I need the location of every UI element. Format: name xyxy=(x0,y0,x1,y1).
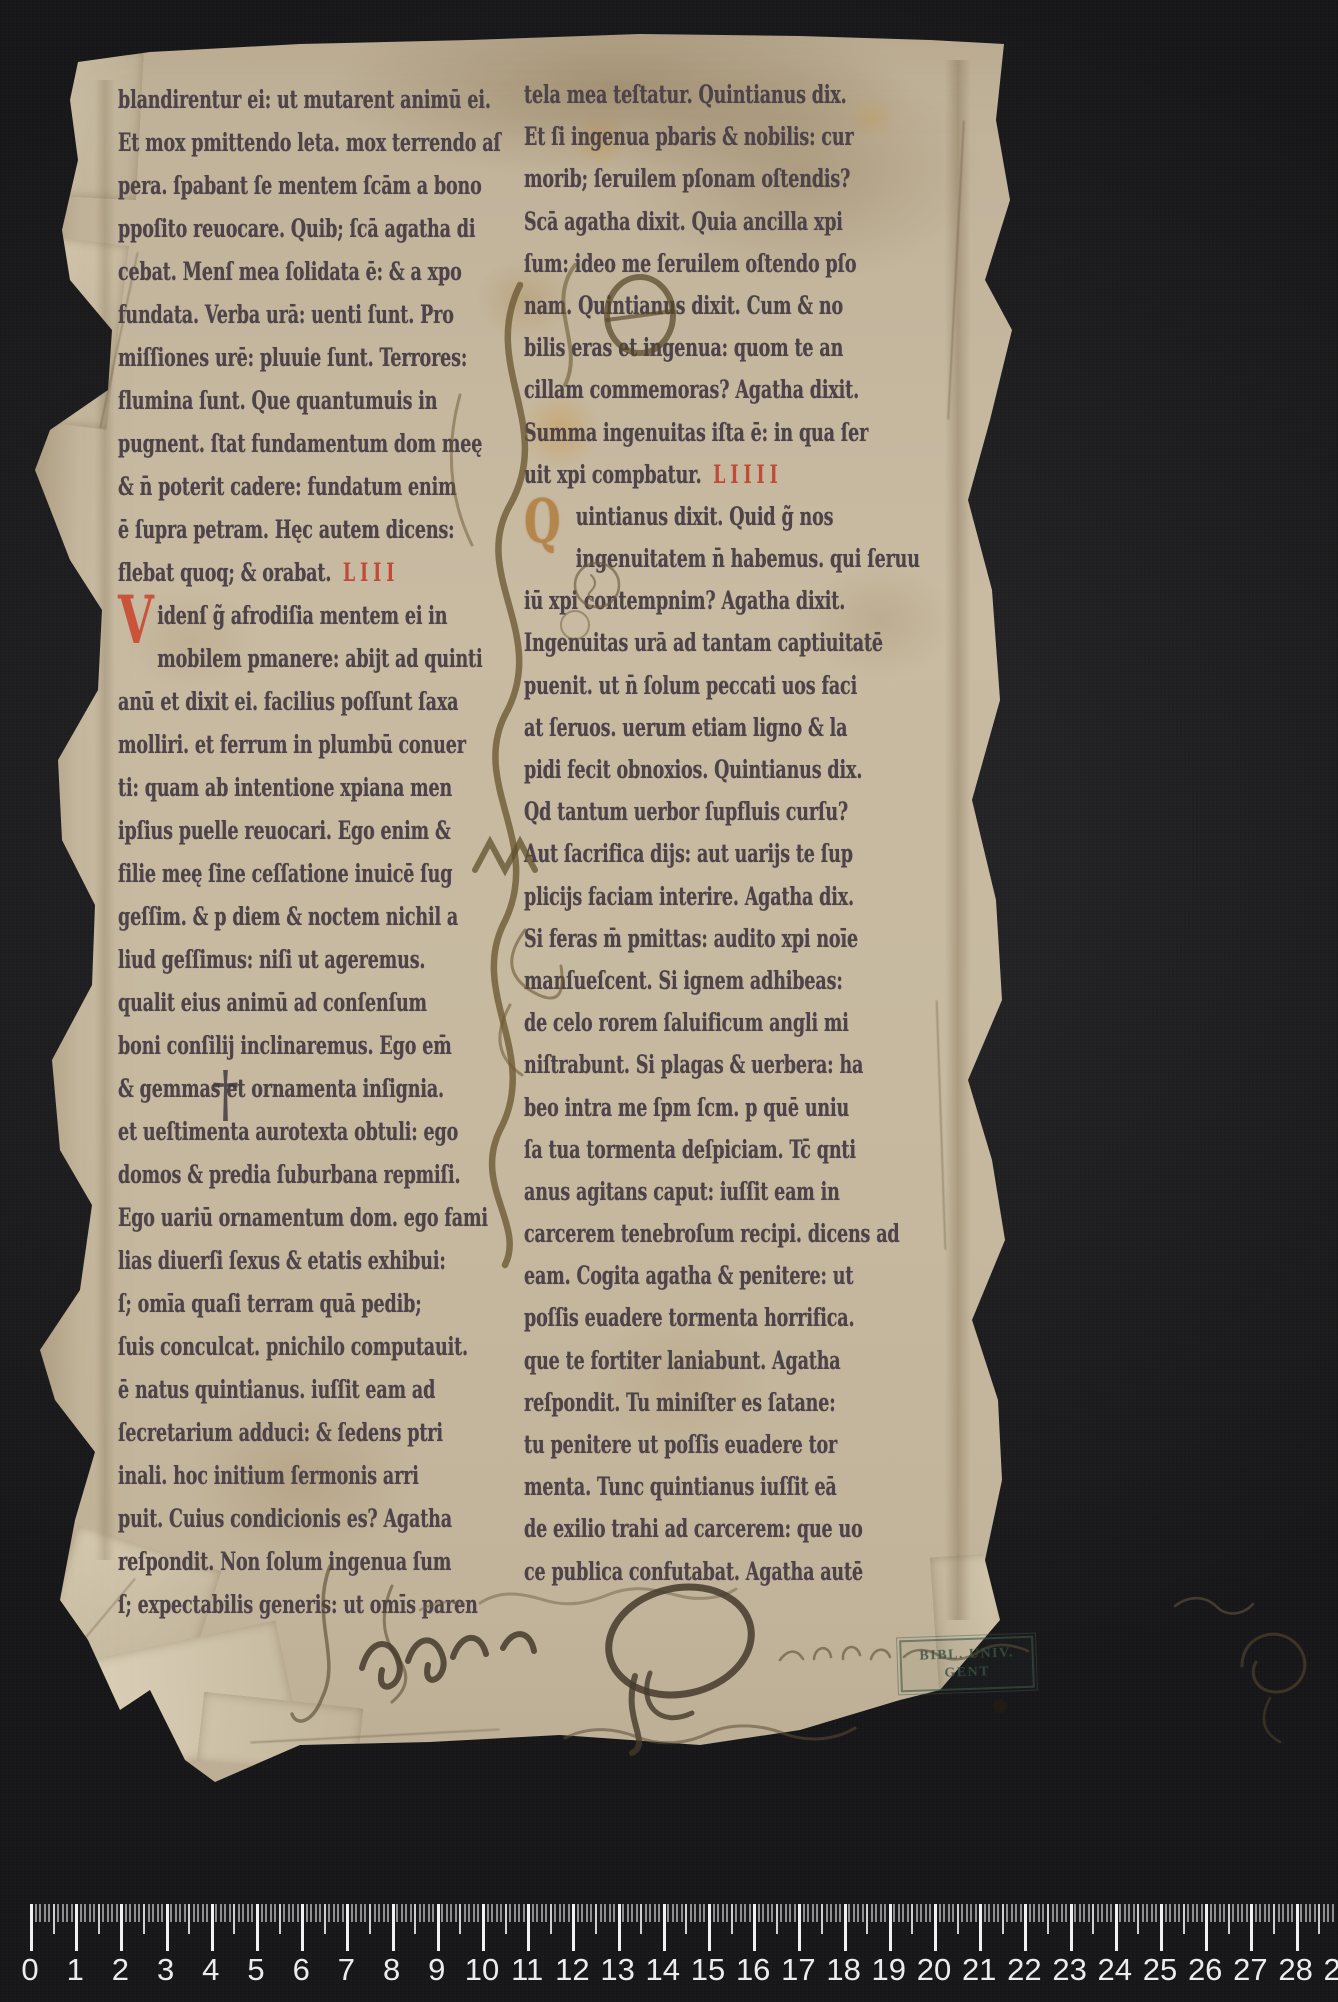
ruler-tick xyxy=(1300,1904,1302,1922)
ruler-tick xyxy=(920,1904,922,1922)
text-segment: de exilio trahi ad carcerem: que uo xyxy=(524,1514,863,1543)
wrinkle-shading xyxy=(945,60,971,1620)
ruler-number: 5 xyxy=(247,1952,264,1988)
ruler-tick xyxy=(261,1904,263,1922)
ruler-tick xyxy=(496,1904,498,1922)
manuscript-line: tela mea teſtatur. Quintianus dix. xyxy=(524,74,790,116)
ruler-tick xyxy=(1042,1904,1044,1922)
manuscript-line: ē natus quintianus. iuſſit eam ad xyxy=(118,1368,377,1411)
ruler-tick xyxy=(1282,1904,1284,1922)
ruler-tick xyxy=(911,1904,913,1934)
ruler-tick xyxy=(229,1904,231,1922)
ruler-tick xyxy=(663,1904,666,1951)
ruler-tick xyxy=(487,1904,489,1922)
ruler-tick xyxy=(102,1904,104,1922)
ruler-tick xyxy=(798,1904,801,1951)
ruler-tick xyxy=(193,1904,195,1922)
ruler-tick xyxy=(1133,1904,1135,1922)
ruler-number: 21 xyxy=(962,1952,996,1988)
ruler-tick xyxy=(997,1904,999,1922)
ruler-tick xyxy=(1146,1904,1148,1922)
ruler-number: 9 xyxy=(428,1952,445,1988)
manuscript-line: & n̄ poterit cadere: fundatum enim xyxy=(118,465,377,508)
ruler-tick xyxy=(803,1904,805,1922)
manuscript-line: ſ; omīa quaſi terram quā pedib; xyxy=(118,1282,377,1325)
text-segment: ſuis conculcat. pnichilo computauit. xyxy=(118,1332,468,1361)
text-segment: menta. Tunc quintianus iuſſit eā xyxy=(524,1472,837,1501)
ruler-tick xyxy=(753,1904,756,1951)
ruler-tick xyxy=(672,1904,674,1922)
ruler-tick xyxy=(1296,1904,1299,1951)
text-segment: puit. Cuius condicionis es? Agatha xyxy=(118,1504,452,1533)
ruler-tick xyxy=(500,1904,502,1922)
text-segment: cebat. Menſ mea ſolidata ē: & a xpo xyxy=(118,257,462,286)
text-segment: flumina ſunt. Que quantumuis in xyxy=(118,386,437,415)
ruler-tick xyxy=(735,1904,737,1922)
ruler-tick xyxy=(75,1904,78,1951)
ruler-tick xyxy=(577,1904,579,1922)
ruler-number: 8 xyxy=(383,1952,400,1988)
ruler-tick xyxy=(152,1904,154,1922)
manuscript-line: ti: quam ab intentione xpiana men xyxy=(118,766,377,809)
ruler-tick xyxy=(948,1904,950,1922)
ruler-tick xyxy=(342,1904,344,1922)
ruler-tick xyxy=(265,1904,267,1922)
text-segment: ē ſupra petram. Hęc autem dicens: xyxy=(118,515,454,544)
ruler-tick xyxy=(464,1904,466,1922)
ruler-tick xyxy=(1210,1904,1212,1922)
ruler-tick xyxy=(1183,1904,1185,1934)
measurement-ruler: 0123456789101112131415161718192021222324… xyxy=(0,1896,1338,2002)
ruler-tick xyxy=(830,1904,832,1922)
ruler-tick xyxy=(1241,1904,1243,1922)
ruler-tick xyxy=(536,1904,538,1922)
ruler-number: 12 xyxy=(555,1952,589,1988)
text-segment: molliri. et ferrum in plumbū conuer xyxy=(118,730,466,759)
ruler-tick xyxy=(1011,1904,1013,1922)
ruler-tick xyxy=(355,1904,357,1922)
ruler-tick xyxy=(1332,1904,1334,1922)
ruler-tick xyxy=(98,1904,100,1934)
ruler-tick xyxy=(116,1904,118,1922)
crease-line xyxy=(936,1000,947,1250)
ruler-number: 23 xyxy=(1052,1952,1086,1988)
ruler-tick xyxy=(523,1904,525,1922)
ruler-tick xyxy=(270,1904,272,1922)
ruler-tick xyxy=(586,1904,588,1922)
ruler-tick xyxy=(726,1904,728,1922)
ruler-number: 26 xyxy=(1188,1952,1222,1988)
ruler-tick xyxy=(1052,1904,1054,1922)
text-segment: lias diuerſi ſexus & etatis exhibui: xyxy=(118,1246,446,1275)
ruler-number: 3 xyxy=(157,1952,174,1988)
ruler-tick xyxy=(848,1904,850,1922)
ruler-tick xyxy=(184,1904,186,1922)
ruler-tick xyxy=(853,1904,855,1922)
ruler-tick xyxy=(224,1904,226,1922)
ruler-tick xyxy=(518,1904,520,1922)
ruler-number: 19 xyxy=(872,1952,906,1988)
ruler-tick xyxy=(722,1904,724,1922)
text-segment: reſpondit. Tu miniſter es ſatane: xyxy=(524,1388,836,1417)
ruler-tick xyxy=(1083,1904,1085,1922)
ruler-tick xyxy=(84,1904,86,1922)
ruler-tick xyxy=(215,1904,217,1922)
ruler-tick xyxy=(875,1904,877,1922)
ruler-tick xyxy=(383,1904,385,1922)
ruler-tick xyxy=(685,1904,687,1934)
ruler-tick xyxy=(627,1904,629,1922)
library-stamp: BIBL. UNIV. GENT xyxy=(899,1636,1035,1693)
ruler-tick xyxy=(609,1904,611,1922)
ruler-tick xyxy=(1070,1904,1073,1951)
ruler-number: 29 xyxy=(1324,1952,1338,1988)
text-segment: que te fortiter laniabunt. Agatha xyxy=(524,1346,841,1375)
ruler-tick xyxy=(256,1904,259,1951)
ruler-tick xyxy=(93,1904,95,1922)
ruler-tick xyxy=(188,1904,190,1934)
text-segment: fundata. Verba urā: uenti ſunt. Pro xyxy=(118,300,454,329)
ruler-tick xyxy=(459,1904,461,1934)
text-segment: miſſiones urē: pluuie ſunt. Terrores: xyxy=(118,343,467,372)
text-segment: ti: quam ab intentione xpiana men xyxy=(118,773,452,802)
ruler-tick xyxy=(961,1904,963,1922)
ruler-tick xyxy=(1205,1904,1208,1951)
ruler-tick xyxy=(1228,1904,1230,1934)
ruler-tick xyxy=(816,1904,818,1922)
text-segment: morib; ſeruilem pſonam oſtendis? xyxy=(524,164,850,193)
ruler-tick xyxy=(514,1904,516,1922)
ruler-tick xyxy=(893,1904,895,1922)
manuscript-line: tu penitere ut poſſis euadere tor xyxy=(524,1424,790,1466)
ruler-tick xyxy=(319,1904,321,1922)
manuscript-line: inali. hoc initium ſermonis arri xyxy=(118,1454,377,1497)
ruler-tick xyxy=(111,1904,113,1922)
manuscript-line: miſſiones urē: pluuie ſunt. Terrores: xyxy=(118,336,377,379)
manuscript-line: mobilem pmanere: abijt ad quinti xyxy=(118,637,377,680)
ruler-tick xyxy=(595,1904,597,1934)
ruler-tick xyxy=(1101,1904,1103,1922)
ruler-tick xyxy=(48,1904,50,1922)
ruler-tick xyxy=(328,1904,330,1922)
ruler-tick xyxy=(744,1904,746,1922)
ruler-tick xyxy=(966,1904,968,1922)
ruler-tick xyxy=(676,1904,678,1922)
ruler-tick xyxy=(1187,1904,1189,1922)
manuscript-line: pera. ſpabant ſe mentem ſcām a bono xyxy=(118,164,377,207)
ruler-tick xyxy=(1255,1904,1257,1922)
ruler-number: 14 xyxy=(646,1952,680,1988)
ruler-tick xyxy=(1165,1904,1167,1922)
ruler-tick xyxy=(618,1904,621,1951)
ruler-tick xyxy=(166,1904,169,1951)
ruler-tick xyxy=(374,1904,376,1922)
ruler-tick xyxy=(1020,1904,1022,1922)
text-segment: et ueſtimenta aurotexta obtuli: ego xyxy=(118,1117,458,1146)
ruler-tick xyxy=(333,1904,335,1922)
ruler-number: 13 xyxy=(600,1952,634,1988)
ruler-tick xyxy=(297,1904,299,1922)
ruler-tick xyxy=(1169,1904,1171,1922)
ruler-tick xyxy=(871,1904,873,1922)
ruler-tick xyxy=(292,1904,294,1922)
manuscript-line: cebat. Menſ mea ſolidata ē: & a xpo xyxy=(118,250,377,293)
ruler-tick xyxy=(952,1904,954,1922)
ruler-tick xyxy=(600,1904,602,1922)
ruler-tick xyxy=(1110,1904,1112,1922)
ruler-tick xyxy=(482,1904,485,1951)
ruler-tick xyxy=(622,1904,624,1922)
ruler-tick xyxy=(138,1904,140,1922)
ruler-tick xyxy=(1237,1904,1239,1922)
ruler-tick xyxy=(1309,1904,1311,1922)
ruler-tick xyxy=(441,1904,443,1922)
ruler-tick xyxy=(202,1904,204,1922)
ruler-tick xyxy=(826,1904,828,1922)
ruler-tick xyxy=(1088,1904,1090,1922)
ruler-tick xyxy=(703,1904,705,1922)
ruler-tick xyxy=(1259,1904,1261,1922)
crease-line xyxy=(6,1578,136,1732)
manuscript-line: Videnſ g̃ afrodiſia mentem ei in xyxy=(118,594,377,637)
text-segment: inali. hoc initium ſermonis arri xyxy=(118,1461,419,1490)
manuscript-line: ppoſito reuocare. Quib; ſcā agatha di xyxy=(118,207,377,250)
ruler-tick xyxy=(1151,1904,1153,1922)
manuscript-line: qualit eius animū ad conſenſum xyxy=(118,981,377,1024)
ruler-number: 6 xyxy=(293,1952,310,1988)
ruler-tick xyxy=(667,1904,669,1922)
ruler-tick xyxy=(780,1904,782,1922)
text-segment: ē natus quintianus. iuſſit eam ad xyxy=(118,1375,435,1404)
ruler-tick xyxy=(835,1904,837,1922)
ruler-tick xyxy=(369,1904,371,1934)
ruler-tick xyxy=(419,1904,421,1922)
ruler-tick xyxy=(844,1904,847,1951)
ruler-tick xyxy=(1323,1904,1325,1922)
ruler-tick xyxy=(446,1904,448,1922)
ruler-tick xyxy=(274,1904,276,1922)
ruler-number: 28 xyxy=(1278,1952,1312,1988)
ruler-tick xyxy=(794,1904,796,1922)
ruler-tick xyxy=(758,1904,760,1922)
text-segment: ppoſito reuocare. Quib; ſcā agatha di xyxy=(118,214,475,243)
ruler-tick xyxy=(880,1904,882,1922)
ruler-tick xyxy=(1201,1904,1203,1922)
manuscript-line: & gemmas et ornamenta inſignia. xyxy=(118,1067,377,1110)
manuscript-line: ſecretarium adduci: & ſedens ptri xyxy=(118,1411,377,1454)
ruler-tick xyxy=(401,1904,403,1922)
ruler-tick xyxy=(762,1904,764,1922)
ruler-tick xyxy=(1219,1904,1221,1922)
ruler-tick xyxy=(378,1904,380,1922)
ruler-tick xyxy=(1327,1904,1329,1922)
ruler-tick xyxy=(943,1904,945,1922)
ruler-tick xyxy=(902,1904,904,1922)
ruler-tick xyxy=(807,1904,809,1922)
ruler-tick xyxy=(437,1904,440,1951)
ruler-tick xyxy=(581,1904,583,1922)
ruler-tick xyxy=(129,1904,131,1922)
ruler-number: 17 xyxy=(781,1952,815,1988)
ruler-tick xyxy=(211,1904,214,1951)
ruler-tick xyxy=(1174,1904,1176,1922)
text-segment: tela mea teſtatur. Quintianus dix. xyxy=(524,80,847,109)
text-segment: pera. ſpabant ſe mentem ſcām a bono xyxy=(118,171,482,200)
manuscript-line: Et ſi ingenua pbaris & nobilis: cur xyxy=(524,116,790,158)
ruler-tick xyxy=(35,1904,37,1922)
ruler-tick xyxy=(1033,1904,1035,1922)
ruler-tick xyxy=(690,1904,692,1922)
ruler-tick xyxy=(89,1904,91,1922)
text-segment: ſ; omīa quaſi terram quā pedib; xyxy=(118,1289,422,1318)
manuscript-line: domos & predia ſuburbana repmiſi. xyxy=(118,1153,377,1196)
ruler-tick xyxy=(916,1904,918,1922)
text-segment: liud geſſimus: niſi ut ageremus. xyxy=(118,945,425,974)
ruler-tick xyxy=(654,1904,656,1922)
text-segment: & gemmas et ornamenta inſignia. xyxy=(118,1074,444,1103)
manuscript-line: pugnent. ſtat fundamentum dom meę xyxy=(118,422,377,465)
ruler-tick xyxy=(206,1904,208,1922)
ruler-tick xyxy=(771,1904,773,1922)
manuscript-line: reſpondit. Tu miniſter es ſatane: xyxy=(524,1382,790,1424)
ruler-tick xyxy=(283,1904,285,1922)
ruler-tick xyxy=(1079,1904,1081,1922)
ruler-number: 10 xyxy=(465,1952,499,1988)
ruler-tick xyxy=(306,1904,308,1922)
ruler-number: 7 xyxy=(338,1952,355,1988)
ruler-tick xyxy=(699,1904,701,1922)
ruler-tick xyxy=(44,1904,46,1922)
ruler-tick xyxy=(1287,1904,1289,1922)
ruler-tick xyxy=(554,1904,556,1922)
ruler-tick xyxy=(939,1904,941,1922)
ruler-tick xyxy=(1061,1904,1063,1922)
ruler-tick xyxy=(179,1904,181,1922)
ruler-tick xyxy=(984,1904,986,1922)
ruler-tick xyxy=(1038,1904,1040,1922)
ruler-tick xyxy=(251,1904,253,1922)
ruler-tick xyxy=(161,1904,163,1922)
ruler-tick xyxy=(1196,1904,1198,1922)
ruler-tick xyxy=(1106,1904,1108,1922)
wrinkle-shading xyxy=(95,80,115,1560)
ruler-tick xyxy=(1137,1904,1139,1934)
ruler-tick xyxy=(563,1904,565,1922)
ruler-tick xyxy=(889,1904,892,1951)
manuscript-line: ſuis conculcat. pnichilo computauit. xyxy=(118,1325,377,1368)
ruler-number: 20 xyxy=(917,1952,951,1988)
ruler-tick xyxy=(640,1904,642,1934)
ruler-tick xyxy=(645,1904,647,1922)
ruler-tick xyxy=(1047,1904,1049,1934)
ruler-number: 0 xyxy=(21,1952,38,1988)
ruler-tick xyxy=(491,1904,493,1922)
ruler-tick xyxy=(233,1904,235,1934)
ruler-tick xyxy=(1124,1904,1126,1922)
ruler-tick xyxy=(839,1904,841,1922)
manuscript-line: de exilio trahi ad carcerem: que uo xyxy=(524,1508,790,1550)
rubric-number: LIII xyxy=(343,558,399,587)
manuscript-line: geſſim. & p diem & noctem nichil a xyxy=(118,895,377,938)
ruler-tick xyxy=(125,1904,127,1922)
ruler-tick xyxy=(242,1904,244,1922)
ruler-tick xyxy=(694,1904,696,1922)
ruler-tick xyxy=(907,1904,909,1922)
ruler-tick xyxy=(821,1904,823,1934)
ruler-tick xyxy=(1264,1904,1266,1922)
ruler-tick xyxy=(1223,1904,1225,1922)
ruler-tick xyxy=(1128,1904,1130,1922)
ruler-tick xyxy=(988,1904,990,1922)
ruler-tick xyxy=(505,1904,507,1934)
ruler-tick xyxy=(1268,1904,1270,1922)
ruler-tick xyxy=(970,1904,972,1922)
ruler-tick xyxy=(993,1904,995,1922)
ruler-tick xyxy=(559,1904,561,1922)
manuscript-line: blandirentur ei: ut mutarent animū ei. xyxy=(118,78,377,121)
ruler-tick xyxy=(812,1904,814,1922)
manuscript-line: poſſis euadere tormenta horrifica. xyxy=(524,1297,790,1339)
manuscript-line: flebat quoq; & orabat. LIII xyxy=(118,551,377,594)
ruler-tick xyxy=(898,1904,900,1922)
ruler-number: 1 xyxy=(67,1952,84,1988)
ruler-tick xyxy=(1065,1904,1067,1922)
ruler-tick xyxy=(473,1904,475,1922)
ruler-tick xyxy=(288,1904,290,1922)
ruler-tick xyxy=(360,1904,362,1922)
ruler-tick xyxy=(364,1904,366,1922)
text-segment: domos & predia ſuburbana repmiſi. xyxy=(118,1160,460,1189)
ruler-tick xyxy=(731,1904,733,1934)
ruler-tick xyxy=(107,1904,109,1922)
manuscript-line: menta. Tunc quintianus iuſſit eā xyxy=(524,1466,790,1508)
ruler-tick xyxy=(197,1904,199,1922)
ruler-number: 15 xyxy=(691,1952,725,1988)
ruler-tick xyxy=(681,1904,683,1922)
ruler-tick xyxy=(423,1904,425,1922)
ruler-tick xyxy=(1192,1904,1194,1922)
manuscript-line: et ueſtimenta aurotexta obtuli: ego xyxy=(118,1110,377,1153)
ruler-number: 16 xyxy=(736,1952,770,1988)
ruler-tick xyxy=(572,1904,575,1951)
ruler-tick xyxy=(351,1904,353,1922)
ruler-tick xyxy=(170,1904,172,1922)
marginal-cross-mark: † xyxy=(212,1057,239,1129)
ruler-tick xyxy=(636,1904,638,1922)
ruler-tick xyxy=(979,1904,982,1951)
text-segment: filie meę ſine ceſſatione inuicē ſug xyxy=(118,859,452,888)
ruler-tick xyxy=(53,1904,55,1934)
text-segment: ſecretarium adduci: & ſedens ptri xyxy=(118,1418,443,1447)
ruler-tick xyxy=(337,1904,339,1922)
ruler-tick xyxy=(1314,1904,1316,1922)
manuscript-line: flumina ſunt. Que quantumuis in xyxy=(118,379,377,422)
ruler-tick xyxy=(708,1904,711,1951)
ruler-tick xyxy=(143,1904,145,1934)
ruler-tick xyxy=(71,1904,73,1922)
ruler-tick xyxy=(957,1904,959,1934)
manuscript-line: fundata. Verba urā: uenti ſunt. Pro xyxy=(118,293,377,336)
ruler-tick xyxy=(532,1904,534,1922)
ruler-tick xyxy=(1074,1904,1076,1922)
ruler-tick xyxy=(80,1904,82,1922)
ruler-tick xyxy=(789,1904,791,1922)
crease-line xyxy=(947,120,965,420)
photo-background: blandirentur ei: ut mutarent animū ei.Et… xyxy=(0,0,1338,2002)
ruler-tick xyxy=(405,1904,407,1922)
ruler-tick xyxy=(148,1904,150,1922)
ruler-tick xyxy=(1092,1904,1094,1934)
